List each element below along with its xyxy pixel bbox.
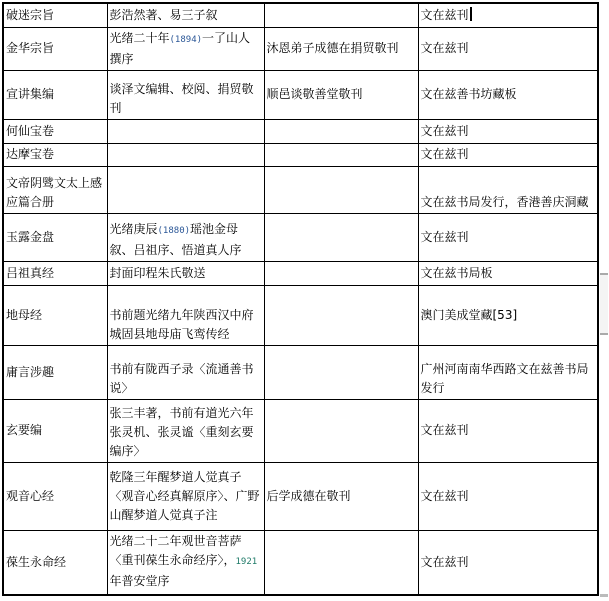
cell-r7c4[interactable]: 文在兹刊	[418, 213, 598, 261]
cell-r13c1[interactable]: 葆生永命经	[3, 530, 107, 595]
cell-r9c4[interactable]: 澳门美成堂藏[53]	[418, 285, 598, 345]
cell-r6c1[interactable]: 文帝阴骘文太上感应篇合册	[3, 166, 107, 213]
table-row: 何仙宝卷文在兹刊	[3, 119, 598, 143]
cell-text: 庸言涉趣	[6, 365, 54, 379]
cell-r2c2[interactable]: 光绪二十年(1894)一了山人撰序	[107, 27, 264, 70]
cell-r10c4[interactable]: 广州河南南华西路文在兹善书局发行	[418, 345, 598, 399]
text-cursor	[470, 7, 472, 21]
cell-text: 达摩宝卷	[6, 147, 54, 161]
cell-text: 封面印程朱氏敬送	[110, 266, 206, 280]
scrollbar-thumb[interactable]	[600, 273, 608, 335]
cell-r2c3[interactable]: 沐恩弟子成德在捐贸敬刊	[264, 27, 418, 70]
cell-text: 广州河南南华西路文在兹善书局发行	[421, 362, 589, 395]
cell-r12c1[interactable]: 观音心经	[3, 462, 107, 530]
cell-r10c3[interactable]	[264, 345, 418, 399]
cell-text: 书前有陇西子录〈流通善书说〉	[110, 362, 254, 395]
document-canvas: 破迷宗旨彭浩然著、易三子叙文在兹刊金华宗旨光绪二十年(1894)一了山人撰序沐恩…	[0, 0, 609, 601]
table-row: 地母经书前题光绪九年陕西汉中府城固县地母庙飞鸾传经澳门美成堂藏[53]	[3, 285, 598, 345]
cell-r4c3[interactable]	[264, 119, 418, 143]
cell-text: 年普安堂序	[110, 574, 170, 588]
cell-r11c3[interactable]	[264, 399, 418, 462]
cell-r4c1[interactable]: 何仙宝卷	[3, 119, 107, 143]
cell-r5c4[interactable]: 文在兹刊	[418, 143, 598, 166]
cell-text: 书前题光绪九年陕西汉中府城固县地母庙飞鸾传经	[110, 308, 254, 341]
cell-r1c4[interactable]: 文在兹刊	[418, 3, 598, 27]
cell-r13c3[interactable]	[264, 530, 418, 595]
cell-r8c1[interactable]: 吕祖真经	[3, 261, 107, 285]
cell-r11c4[interactable]: 文在兹刊	[418, 399, 598, 462]
cell-r7c1[interactable]: 玉露金盘	[3, 213, 107, 261]
cell-r2c1[interactable]: 金华宗旨	[3, 27, 107, 70]
table-row: 金华宗旨光绪二十年(1894)一了山人撰序沐恩弟子成德在捐贸敬刊文在兹刊	[3, 27, 598, 70]
cell-text: 观音心经	[6, 489, 54, 503]
cell-text: 葆生永命经	[6, 555, 66, 569]
cell-r1c3[interactable]	[264, 3, 418, 27]
table-row: 宣讲集编谈泽文编辑、校阅、捐贸敬刊顺邑谈敬善堂敬刊文在兹善书坊藏板	[3, 70, 598, 119]
cell-text: 文在兹刊	[421, 147, 469, 161]
cell-text: 何仙宝卷	[6, 124, 54, 138]
cell-r3c4[interactable]: 文在兹善书坊藏板	[418, 70, 598, 119]
table-row: 达摩宝卷文在兹刊	[3, 143, 598, 166]
cell-text: 玄要编	[6, 423, 42, 437]
cell-r10c1[interactable]: 庸言涉趣	[3, 345, 107, 399]
cell-text: 光绪二十二年观世音菩萨〈重刊葆生永命经序〉，	[110, 534, 242, 567]
cell-text: 文在兹刊	[421, 124, 469, 138]
cell-r3c3[interactable]: 顺邑谈敬善堂敬刊	[264, 70, 418, 119]
table-row: 玉露金盘光绪庚辰(1880)瑶池金母叙、吕祖序、悟道真人序文在兹刊	[3, 213, 598, 261]
cell-r8c3[interactable]	[264, 261, 418, 285]
cell-text: 宣讲集编	[6, 87, 54, 101]
year-text: (1880)	[158, 226, 191, 236]
table-row: 玄要编张三丰著，书前有道光六年张灵机、张灵谧〈重刻玄要编序〉文在兹刊	[3, 399, 598, 462]
cell-r1c2[interactable]: 彭浩然著、易三子叙	[107, 3, 264, 27]
table-row: 文帝阴骘文太上感应篇合册文在兹书局发行，香港善庆洞藏	[3, 166, 598, 213]
cell-text: 文在兹刊	[421, 423, 469, 437]
cell-r13c2[interactable]: 光绪二十二年观世音菩萨〈重刊葆生永命经序〉，1921 年普安堂序	[107, 530, 264, 595]
cell-r6c3[interactable]	[264, 166, 418, 213]
cell-text: 乾隆三年醒梦道人觉真子〈观音心经真解原序〉、广野山醒梦道人觉真子注	[110, 470, 260, 522]
cell-r5c1[interactable]: 达摩宝卷	[3, 143, 107, 166]
cell-text: 澳门美成堂藏[53]	[421, 308, 518, 322]
cell-text: 顺邑谈敬善堂敬刊	[267, 87, 363, 101]
cell-text: 吕祖真经	[6, 266, 54, 280]
books-table: 破迷宗旨彭浩然著、易三子叙文在兹刊金华宗旨光绪二十年(1894)一了山人撰序沐恩…	[2, 2, 599, 596]
cell-text: 文在兹刊	[421, 230, 469, 244]
table-body: 破迷宗旨彭浩然著、易三子叙文在兹刊金华宗旨光绪二十年(1894)一了山人撰序沐恩…	[3, 3, 598, 595]
cell-r4c2[interactable]	[107, 119, 264, 143]
scrollbar-bottom-tick	[600, 594, 608, 597]
cell-r7c3[interactable]	[264, 213, 418, 261]
table-row: 庸言涉趣书前有陇西子录〈流通善书说〉广州河南南华西路文在兹善书局发行	[3, 345, 598, 399]
cell-text: 沐恩弟子成德在捐贸敬刊	[267, 41, 399, 55]
table-row: 观音心经乾隆三年醒梦道人觉真子〈观音心经真解原序〉、广野山醒梦道人觉真子注后学成…	[3, 462, 598, 530]
cell-r9c2[interactable]: 书前题光绪九年陕西汉中府城固县地母庙飞鸾传经	[107, 285, 264, 345]
cell-r13c4[interactable]: 文在兹刊	[418, 530, 598, 595]
cell-r12c2[interactable]: 乾隆三年醒梦道人觉真子〈观音心经真解原序〉、广野山醒梦道人觉真子注	[107, 462, 264, 530]
cell-r10c2[interactable]: 书前有陇西子录〈流通善书说〉	[107, 345, 264, 399]
cell-text: 文在兹善书坊藏板	[421, 87, 517, 101]
cell-text: 破迷宗旨	[6, 8, 54, 22]
table-row: 吕祖真经封面印程朱氏敬送文在兹书局板	[3, 261, 598, 285]
cell-r3c1[interactable]: 宣讲集编	[3, 70, 107, 119]
cell-r8c4[interactable]: 文在兹书局板	[418, 261, 598, 285]
cell-r5c2[interactable]	[107, 143, 264, 166]
cell-r5c3[interactable]	[264, 143, 418, 166]
cell-text: 文在兹刊	[421, 489, 469, 503]
cell-r4c4[interactable]: 文在兹刊	[418, 119, 598, 143]
cell-r9c1[interactable]: 地母经	[3, 285, 107, 345]
cell-r11c1[interactable]: 玄要编	[3, 399, 107, 462]
cell-r6c2[interactable]	[107, 166, 264, 213]
year-text: 1921	[236, 557, 258, 567]
cell-r12c3[interactable]: 后学成德在敬刊	[264, 462, 418, 530]
table-row: 葆生永命经光绪二十二年观世音菩萨〈重刊葆生永命经序〉，1921 年普安堂序文在兹…	[3, 530, 598, 595]
cell-r9c3[interactable]	[264, 285, 418, 345]
cell-text: 文帝阴骘文太上感应篇合册	[6, 176, 102, 209]
cell-text: 张三丰著，书前有道光六年张灵机、张灵谧〈重刻玄要编序〉	[110, 406, 254, 458]
cell-r7c2[interactable]: 光绪庚辰(1880)瑶池金母叙、吕祖序、悟道真人序	[107, 213, 264, 261]
cell-r12c4[interactable]: 文在兹刊	[418, 462, 598, 530]
cell-text: 文在兹书局发行，香港善庆洞藏	[421, 195, 589, 209]
cell-r3c2[interactable]: 谈泽文编辑、校阅、捐贸敬刊	[107, 70, 264, 119]
cell-r11c2[interactable]: 张三丰著，书前有道光六年张灵机、张灵谧〈重刻玄要编序〉	[107, 399, 264, 462]
year-text: (1894)	[170, 35, 203, 45]
cell-text: 文在兹刊	[421, 8, 469, 22]
cell-r8c2[interactable]: 封面印程朱氏敬送	[107, 261, 264, 285]
cell-text: 地母经	[6, 308, 42, 322]
cell-text: 文在兹刊	[421, 555, 469, 569]
cell-text: 文在兹书局板	[421, 266, 493, 280]
cell-r2c4[interactable]: 文在兹刊	[418, 27, 598, 70]
cell-text: 光绪二十年	[110, 31, 170, 45]
cell-text: 后学成德在敬刊	[267, 489, 351, 503]
cell-text: 谈泽文编辑、校阅、捐贸敬刊	[110, 82, 254, 115]
cell-text: 彭浩然著、易三子叙	[110, 8, 218, 22]
cell-text: 金华宗旨	[6, 41, 54, 55]
cell-r6c4[interactable]: 文在兹书局发行，香港善庆洞藏	[418, 166, 598, 213]
table-row: 破迷宗旨彭浩然著、易三子叙文在兹刊	[3, 3, 598, 27]
cell-r1c1[interactable]: 破迷宗旨	[3, 3, 107, 27]
cell-text: 玉露金盘	[6, 230, 54, 244]
cell-text: 文在兹刊	[421, 41, 469, 55]
cell-text: 光绪庚辰	[110, 222, 158, 236]
